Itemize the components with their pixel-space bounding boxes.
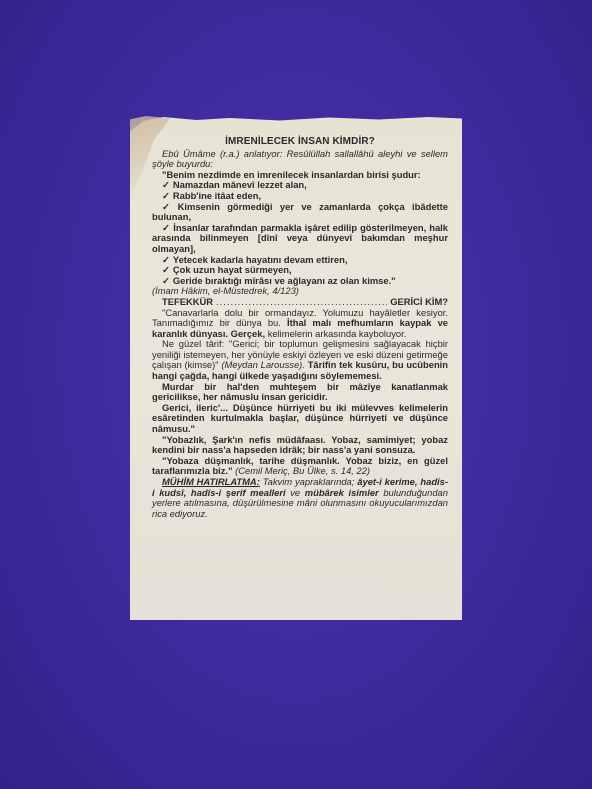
checkmark-icon: ✓ — [162, 190, 170, 201]
paragraph: "Canavarlarla dolu bir ormandayız. Yolum… — [152, 308, 448, 340]
calendar-leaf-text: İMRENİLECEK İNSAN KİMDİR? Ebû Ümâme (r.a… — [152, 137, 448, 519]
list-item: ✓İnsanlar tarafından parmakla işâret edi… — [152, 223, 448, 255]
paragraph: "Yobazlık, Şark'ın nefis müdâfaası. Yoba… — [152, 435, 448, 456]
checkmark-icon: ✓ — [162, 264, 170, 275]
list-item: ✓Kimsenin görmediği yer ve zamanlarda ço… — [152, 202, 448, 223]
checkmark-icon: ✓ — [162, 254, 170, 265]
paragraph: Gerici, ileric'... Düşünce hürriyeti bu … — [152, 403, 448, 435]
hadith-source: (İmam Hâkim, el-Müstedrek, 4/123) — [152, 286, 448, 297]
page-title: İMRENİLECEK İNSAN KİMDİR? — [152, 137, 448, 148]
checkmark-icon: ✓ — [162, 201, 175, 212]
notice-label: MÜHİM HATIRLATMA: — [162, 476, 260, 487]
important-notice: MÜHİM HATIRLATMA: Takvim yapraklarında; … — [152, 477, 448, 519]
paragraph: "Yobaza düşmanlık, tarihe düşmanlık. Yob… — [152, 456, 448, 477]
hadith-list: ✓Namazdan mânevî lezzet alan, ✓Rabb'ine … — [152, 180, 448, 286]
checkmark-icon: ✓ — [162, 275, 170, 286]
paragraph: Ne güzel târif: "Gerici; bir toplumun ge… — [152, 339, 448, 381]
quote-source: (Cemil Meriç, Bu Ülke, s. 14, 22) — [233, 465, 371, 476]
checkmark-icon: ✓ — [162, 179, 170, 190]
paragraph: Murdar bir hal'den muhteşem bir mâzîye k… — [152, 382, 448, 403]
hadith-intro: Ebû Ümâme (r.a.) anlatıyor: Resûlüllah s… — [152, 149, 448, 170]
checkmark-icon: ✓ — [162, 222, 170, 233]
